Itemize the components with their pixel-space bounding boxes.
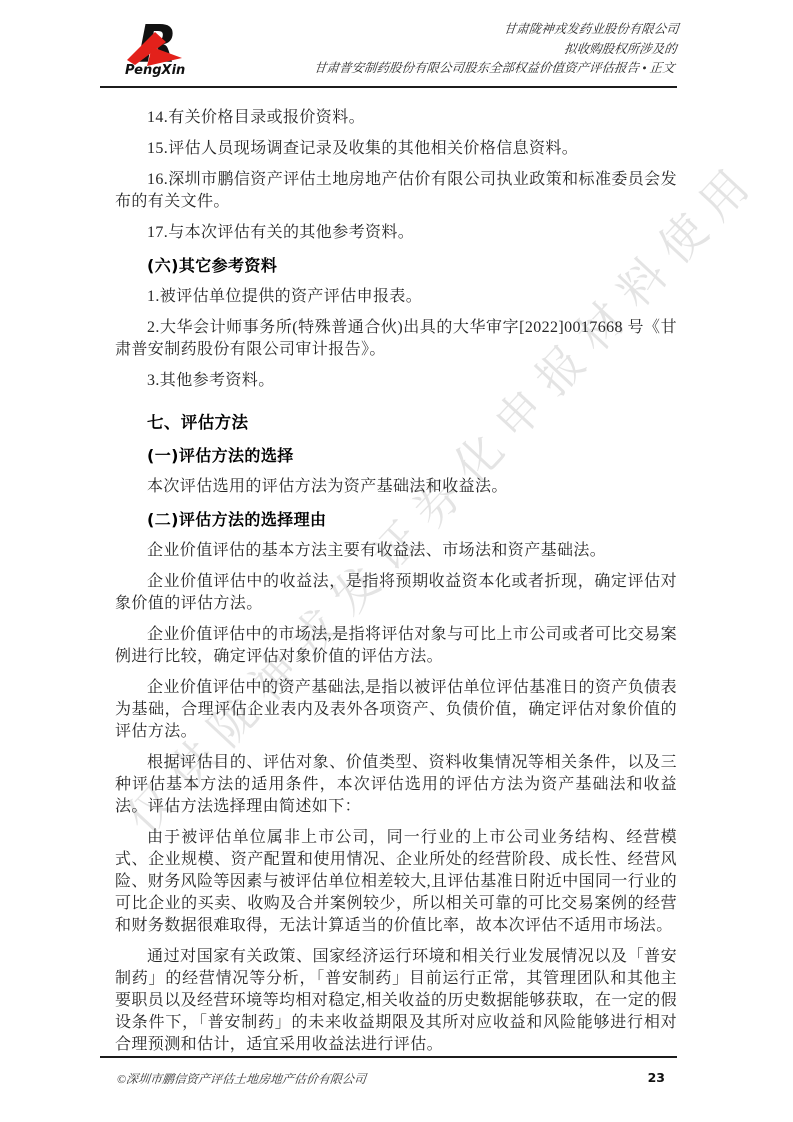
header-rule [100, 86, 677, 88]
heading-other-references: (六)其它参考资料 [115, 255, 677, 277]
footer-rule [100, 1056, 677, 1058]
document-body: 14.有关价格目录或报价资料。 15.评估人员现场调查记录及收集的其他相关价格信… [115, 98, 677, 1054]
paragraph-16: 16.深圳市鹏信资产评估土地房地产估价有限公司执业政策和标准委员会发布的有关文件… [115, 169, 677, 213]
paragraph-market-method: 企业价值评估中的市场法,是指将评估对象与可比上市公司或者可比交易案例进行比较，确… [115, 624, 677, 668]
paragraph-method-chosen: 本次评估选用的评估方法为资产基础法和收益法。 [115, 476, 677, 498]
heading-method-selection: (一)评估方法的选择 [115, 445, 677, 467]
document-page: 仅供陇神戎发证券化申报材料使用 R PengXin 甘肃陇神戎发药业股份有限公司… [0, 0, 793, 1122]
paragraph-15: 15.评估人员现场调查记录及收集的其他相关价格信息资料。 [115, 138, 677, 160]
paragraph-method-basis: 根据评估目的、评估对象、价值类型、资料收集情况等相关条件，以及三种评估基本方法的… [115, 752, 677, 818]
paragraph-income-method: 企业价值评估中的收益法，是指将预期收益资本化或者折现，确定评估对象价值的评估方法… [115, 571, 677, 615]
paragraph-market-not-applicable: 由于被评估单位属非上市公司，同一行业的上市公司业务结构、经营模式、企业规模、资产… [115, 827, 677, 937]
pengxin-logo-mark: R [125, 20, 197, 66]
paragraph-income-applicable: 通过对国家有关政策、国家经济运行环境和相关行业发展情况以及「普安制药」的经营情况… [115, 946, 677, 1054]
heading-selection-reason: (二)评估方法的选择理由 [115, 509, 677, 531]
header-line-purpose: 拟收购股权所涉及的 [315, 40, 678, 60]
page-number: 23 [648, 1070, 665, 1085]
paragraph-ref-2: 2.大华会计师事务所(特殊普通合伙)出具的大华审字[2022]0017668 号… [115, 317, 677, 361]
pengxin-logo-text: PengXin [125, 63, 203, 78]
page-footer: ©深圳市鹏信资产评估土地房地产估价有限公司 23 [117, 1070, 677, 1087]
heading-evaluation-methods: 七、评估方法 [115, 412, 677, 434]
footer-copyright: ©深圳市鹏信资产评估土地房地产估价有限公司 [116, 1070, 367, 1087]
paragraph-basic-methods: 企业价值评估的基本方法主要有收益法、市场法和资产基础法。 [115, 540, 677, 562]
paragraph-ref-1: 1.被评估单位提供的资产评估申报表。 [115, 286, 677, 308]
report-header: 甘肃陇神戎发药业股份有限公司 拟收购股权所涉及的 甘肃普安制药股份有限公司股东全… [313, 20, 680, 79]
paragraph-ref-3: 3.其他参考资料。 [115, 370, 677, 392]
header-line-title: 甘肃普安制药股份有限公司股东全部权益价值资产评估报告 • 正文 [313, 59, 676, 79]
pengxin-logo: R PengXin [125, 20, 203, 78]
footer-background [0, 1058, 793, 1122]
paragraph-asset-method: 企业价值评估中的资产基础法,是指以被评估单位评估基准日的资产负债表为基础，合理评… [115, 677, 677, 743]
header-line-company: 甘肃陇神戎发药业股份有限公司 [317, 20, 680, 40]
paragraph-17: 17.与本次评估有关的其他参考资料。 [115, 222, 677, 244]
paragraph-14: 14.有关价格目录或报价资料。 [115, 107, 677, 129]
